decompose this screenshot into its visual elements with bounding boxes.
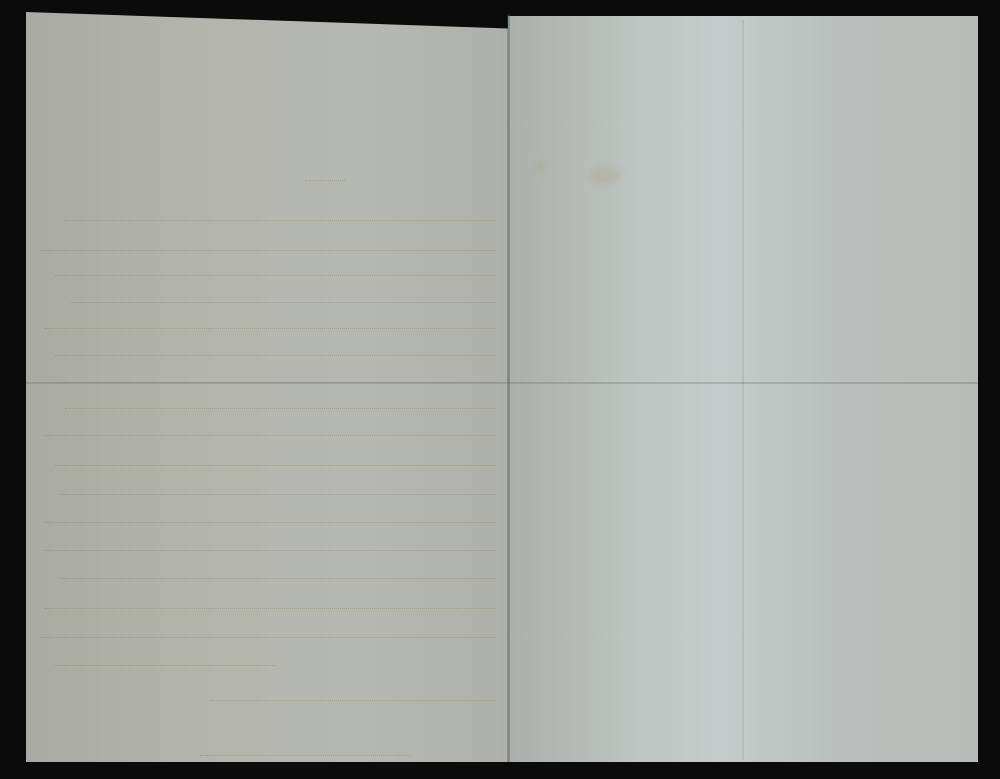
handwritten-line	[40, 627, 495, 638]
handwritten-line	[45, 512, 495, 523]
center-fold	[507, 14, 510, 762]
handwritten-line	[60, 484, 495, 495]
handwritten-line	[55, 655, 275, 666]
handwritten-line	[45, 598, 495, 609]
ink-mark	[590, 165, 620, 185]
handwritten-line	[65, 210, 495, 221]
paper-crease	[742, 20, 744, 760]
handwritten-line	[65, 398, 495, 409]
handwritten-line	[305, 170, 345, 181]
handwritten-line	[210, 690, 495, 701]
handwritten-line	[45, 318, 495, 329]
ink-spot	[535, 162, 545, 172]
handwritten-line	[45, 425, 495, 436]
handwritten-line	[55, 345, 495, 356]
handwritten-line	[70, 292, 495, 303]
handwritten-line	[55, 265, 495, 276]
handwritten-line	[60, 372, 495, 383]
handwritten-line	[55, 455, 495, 466]
handwritten-line	[45, 540, 495, 551]
handwritten-line	[40, 240, 495, 251]
handwritten-line	[200, 745, 410, 756]
letter-left-page	[26, 12, 508, 762]
handwritten-line	[60, 568, 495, 579]
